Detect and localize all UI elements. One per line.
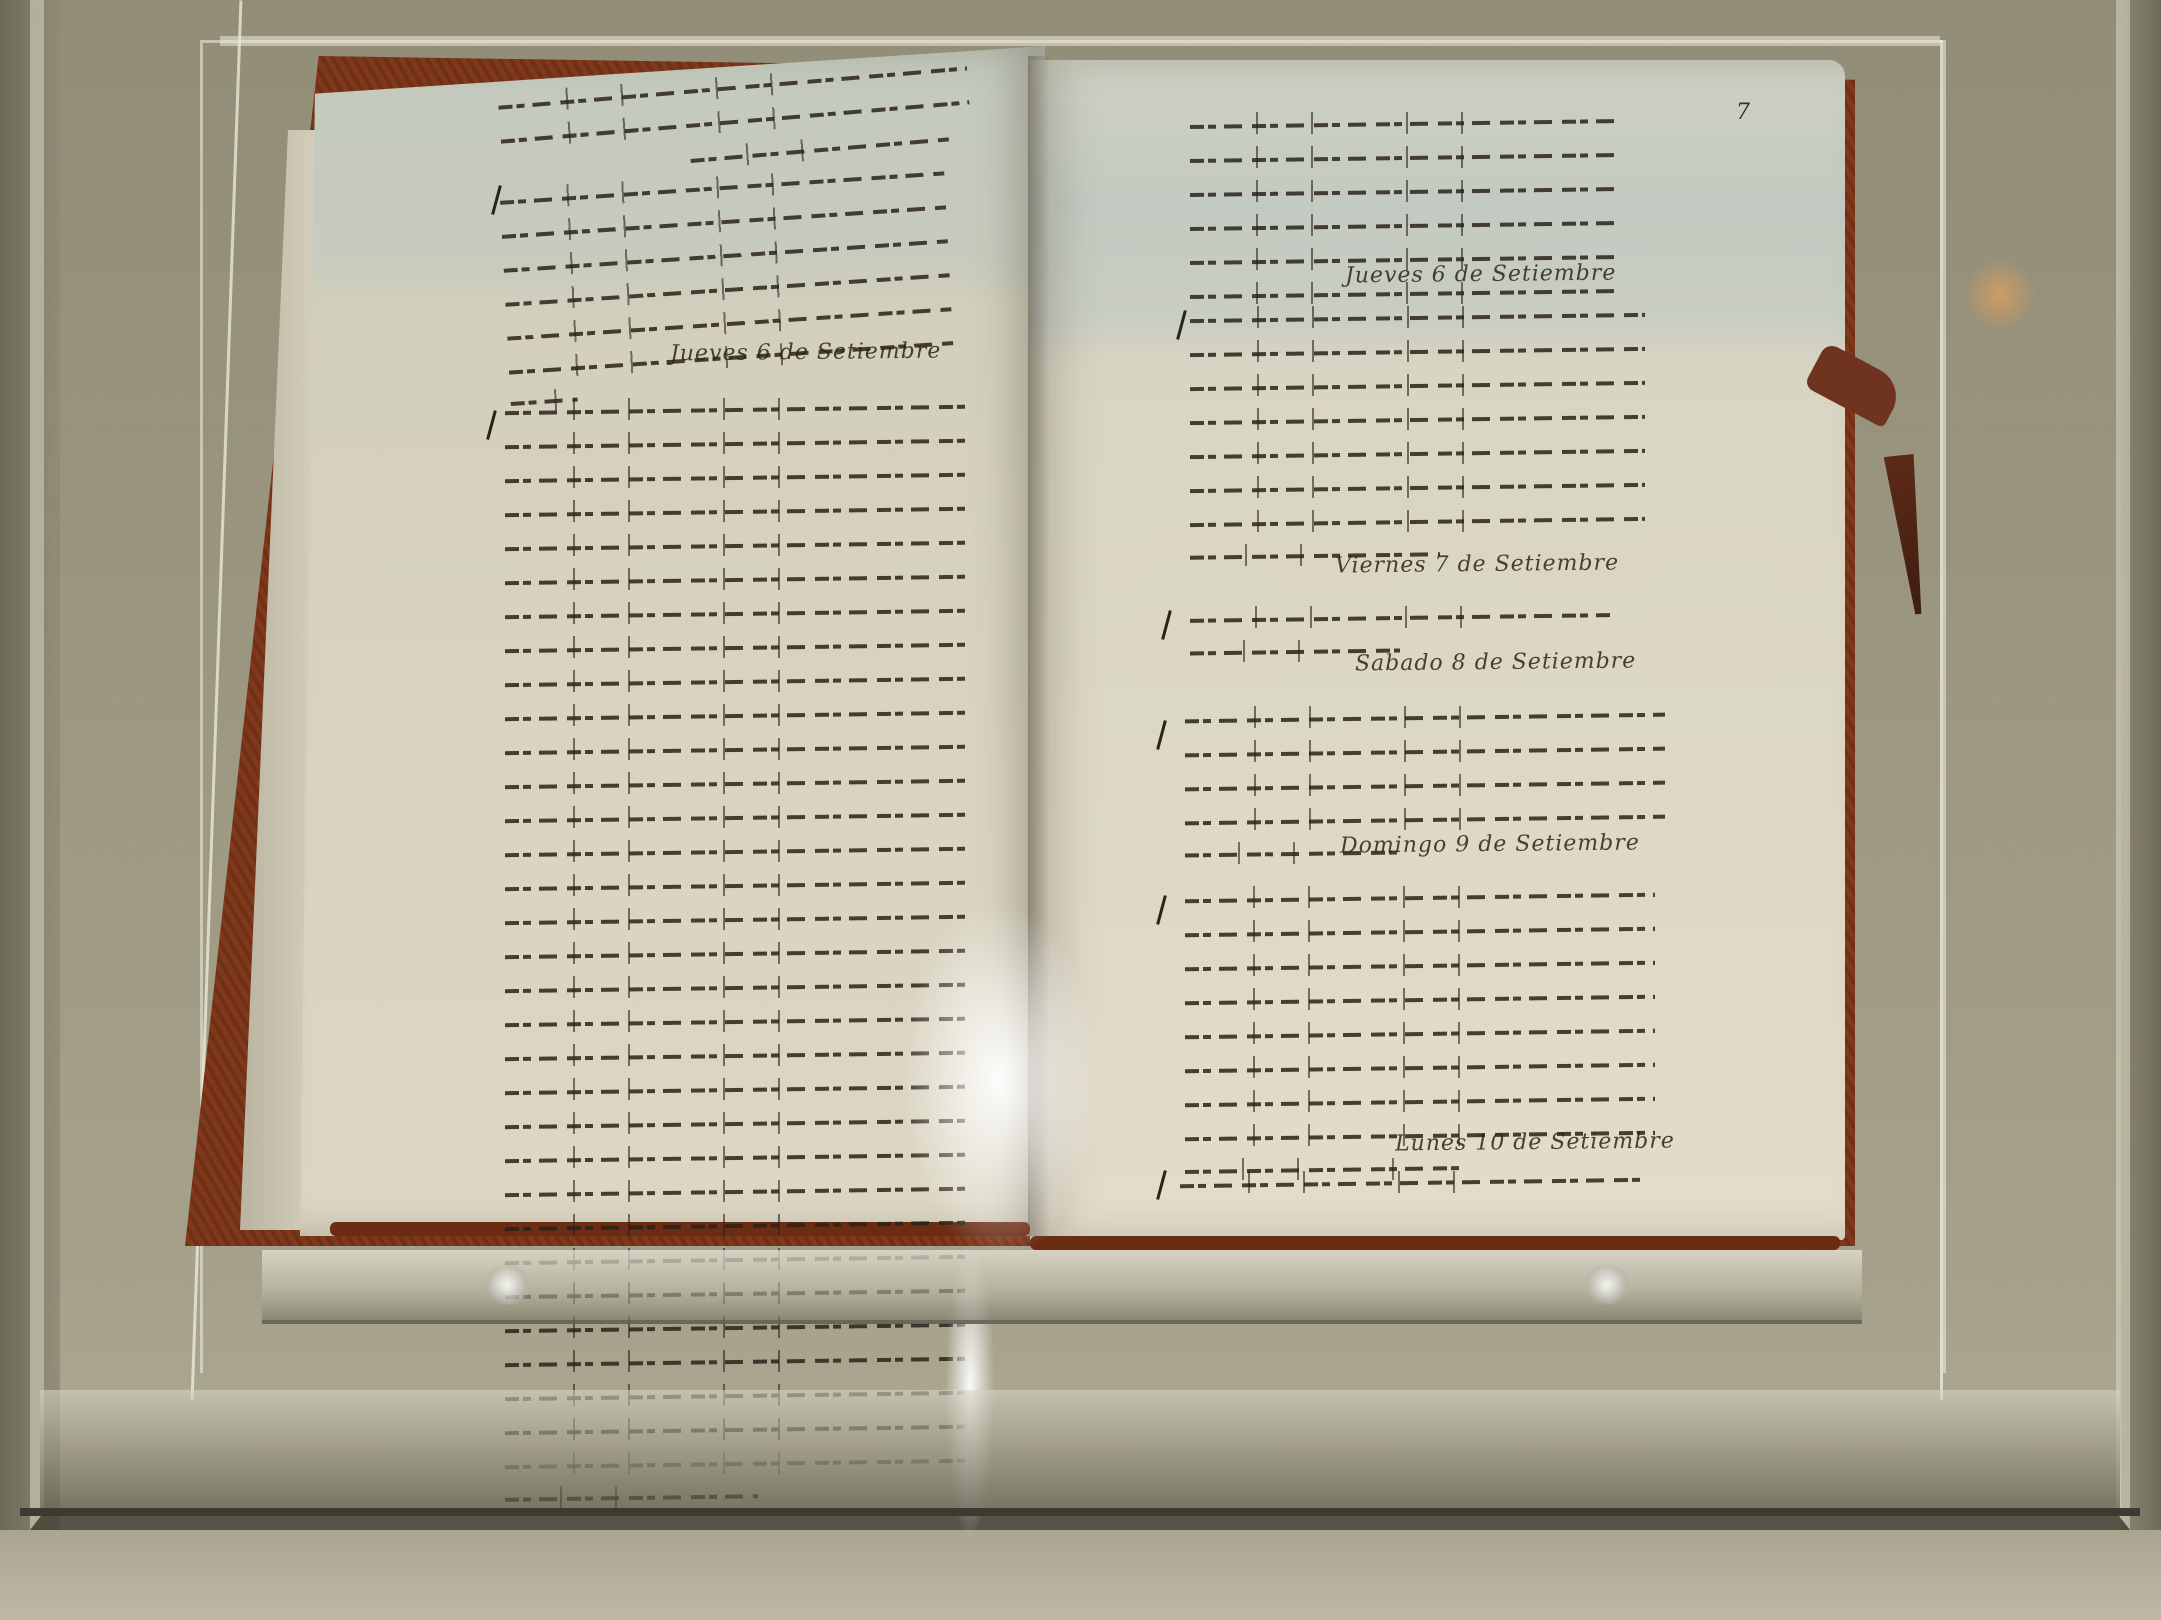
light-reflection (1960, 260, 2040, 330)
stand-screw (1582, 1265, 1632, 1305)
right-page-heading-3: Sabado 8 de Setiembre (1355, 649, 1637, 677)
right-page-paragraph-5 (1180, 1165, 1645, 1199)
right-page-paragraph-1 (1190, 300, 1645, 572)
case-top-rail (220, 36, 1940, 46)
case-bottom-frame (20, 1508, 2140, 1516)
left-page-paragraph-1 (499, 159, 956, 420)
floor (0, 1530, 2161, 1620)
right-page-heading-1: Jueves 6 de Setiembre (1345, 261, 1617, 289)
left-page-paragraph-2 (505, 392, 965, 1514)
left-page-heading: Jueves 6 de Setiembre (670, 339, 942, 367)
right-page-heading-2: Viernes 7 de Setiembre (1335, 551, 1619, 579)
right-page-heading-4: Domingo 9 de Setiembre (1340, 830, 1640, 858)
page-edge-right (1030, 1236, 1840, 1250)
right-page-heading-5: Lunes 10 de Setiembre (1395, 1129, 1675, 1157)
light-glare (900, 900, 1100, 1260)
case-corner-right (1940, 40, 1943, 1400)
acrylic-book-stand (262, 1250, 1862, 1324)
page-number: 7 (1736, 100, 1750, 125)
stand-screw (482, 1265, 532, 1305)
case-base-reflection (40, 1390, 2120, 1510)
museum-display-scene: Jueves 6 de Setiembre 7 Jueves 6 de Seti… (0, 0, 2161, 1620)
